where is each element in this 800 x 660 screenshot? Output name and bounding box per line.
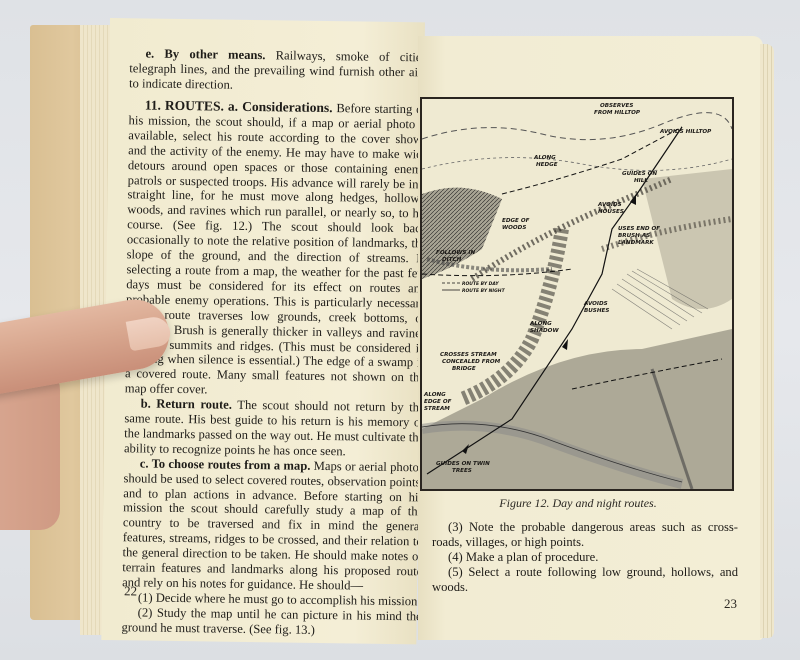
svg-text:HILL: HILL — [634, 178, 648, 184]
svg-text:USES END OF: USES END OF — [618, 226, 660, 232]
terrain-drawing: OBSERVES FROM HILLTOP AVOIDS HILLTOP ALO… — [422, 99, 732, 489]
list-item-4: (4) Make a plan of procedure. — [432, 550, 738, 565]
svg-text:BRIDGE: BRIDGE — [452, 366, 476, 372]
section-e: e. By other means. Railways, smoke of ci… — [129, 46, 430, 95]
svg-text:FROM HILLTOP: FROM HILLTOP — [594, 110, 641, 116]
section-c-text: Maps or aerial photos should be used to … — [122, 459, 424, 593]
svg-text:CONCEALED FROM: CONCEALED FROM — [442, 359, 501, 365]
svg-text:ALONG: ALONG — [533, 155, 556, 161]
section-11: 11. ROUTES. a. Considerations. Before st… — [125, 98, 429, 400]
section-11-text: Before starting on his mission, the scou… — [125, 101, 429, 396]
svg-text:AVOIDS HILLTOP: AVOIDS HILLTOP — [659, 129, 712, 135]
svg-text:BUSHES: BUSHES — [584, 308, 609, 314]
right-page[interactable]: OBSERVES FROM HILLTOP AVOIDS HILLTOP ALO… — [418, 36, 763, 640]
right-body: (3) Note the probable dangerous areas su… — [432, 520, 738, 595]
svg-text:WOODS: WOODS — [502, 225, 526, 231]
svg-text:HOUSES: HOUSES — [598, 209, 624, 215]
section-b: b. Return route. The scout should not re… — [124, 396, 425, 460]
list-item-3: (3) Note the probable dangerous areas su… — [432, 520, 738, 550]
svg-text:BRUSH AS: BRUSH AS — [618, 233, 650, 239]
list-item-2: (2) Study the map until he can picture i… — [121, 605, 421, 639]
svg-text:FOLLOWS IN: FOLLOWS IN — [436, 250, 475, 256]
svg-text:ALONG: ALONG — [529, 321, 552, 327]
svg-text:GUIDES ON: GUIDES ON — [622, 171, 657, 177]
page-number-right: 23 — [724, 596, 737, 612]
svg-text:SHADOW: SHADOW — [530, 328, 559, 334]
section-c-label: c. To choose routes from a map. — [140, 456, 311, 472]
figure-12-illustration: OBSERVES FROM HILLTOP AVOIDS HILLTOP ALO… — [420, 97, 734, 491]
svg-text:GUIDES ON TWIN: GUIDES ON TWIN — [436, 461, 490, 467]
left-body: 11. ROUTES. a. Considerations. Before st… — [121, 98, 428, 639]
page-number-left: 22 — [124, 583, 137, 599]
list-item-5: (5) Select a route following low ground,… — [432, 565, 738, 595]
section-11-heading: 11. ROUTES. a. Considerations. — [145, 97, 333, 115]
page-stack-right — [760, 44, 774, 638]
svg-text:HEDGE: HEDGE — [536, 162, 558, 168]
svg-text:AVOIDS: AVOIDS — [583, 301, 608, 307]
svg-text:LANDMARK: LANDMARK — [618, 240, 654, 246]
svg-text:CROSSES STREAM: CROSSES STREAM — [440, 352, 497, 358]
svg-text:TREES: TREES — [452, 468, 472, 474]
svg-text:EDGE OF: EDGE OF — [424, 399, 452, 405]
svg-text:ALONG: ALONG — [423, 392, 446, 398]
legend-day: ROUTE BY DAY — [462, 281, 499, 287]
section-b-label: b. Return route. — [141, 397, 233, 412]
section-e-label: e. By other means. — [145, 46, 265, 62]
svg-text:STREAM: STREAM — [424, 406, 450, 412]
svg-text:DITCH: DITCH — [442, 257, 462, 263]
legend-night: ROUTE BY NIGHT — [462, 288, 506, 294]
svg-text:EDGE OF: EDGE OF — [502, 218, 530, 224]
figure-caption: Figure 12. Day and night routes. — [418, 496, 738, 511]
section-c: c. To choose routes from a map. Maps or … — [122, 456, 424, 594]
svg-text:AVOIDS: AVOIDS — [597, 202, 622, 208]
label-observes: OBSERVES — [600, 103, 633, 109]
